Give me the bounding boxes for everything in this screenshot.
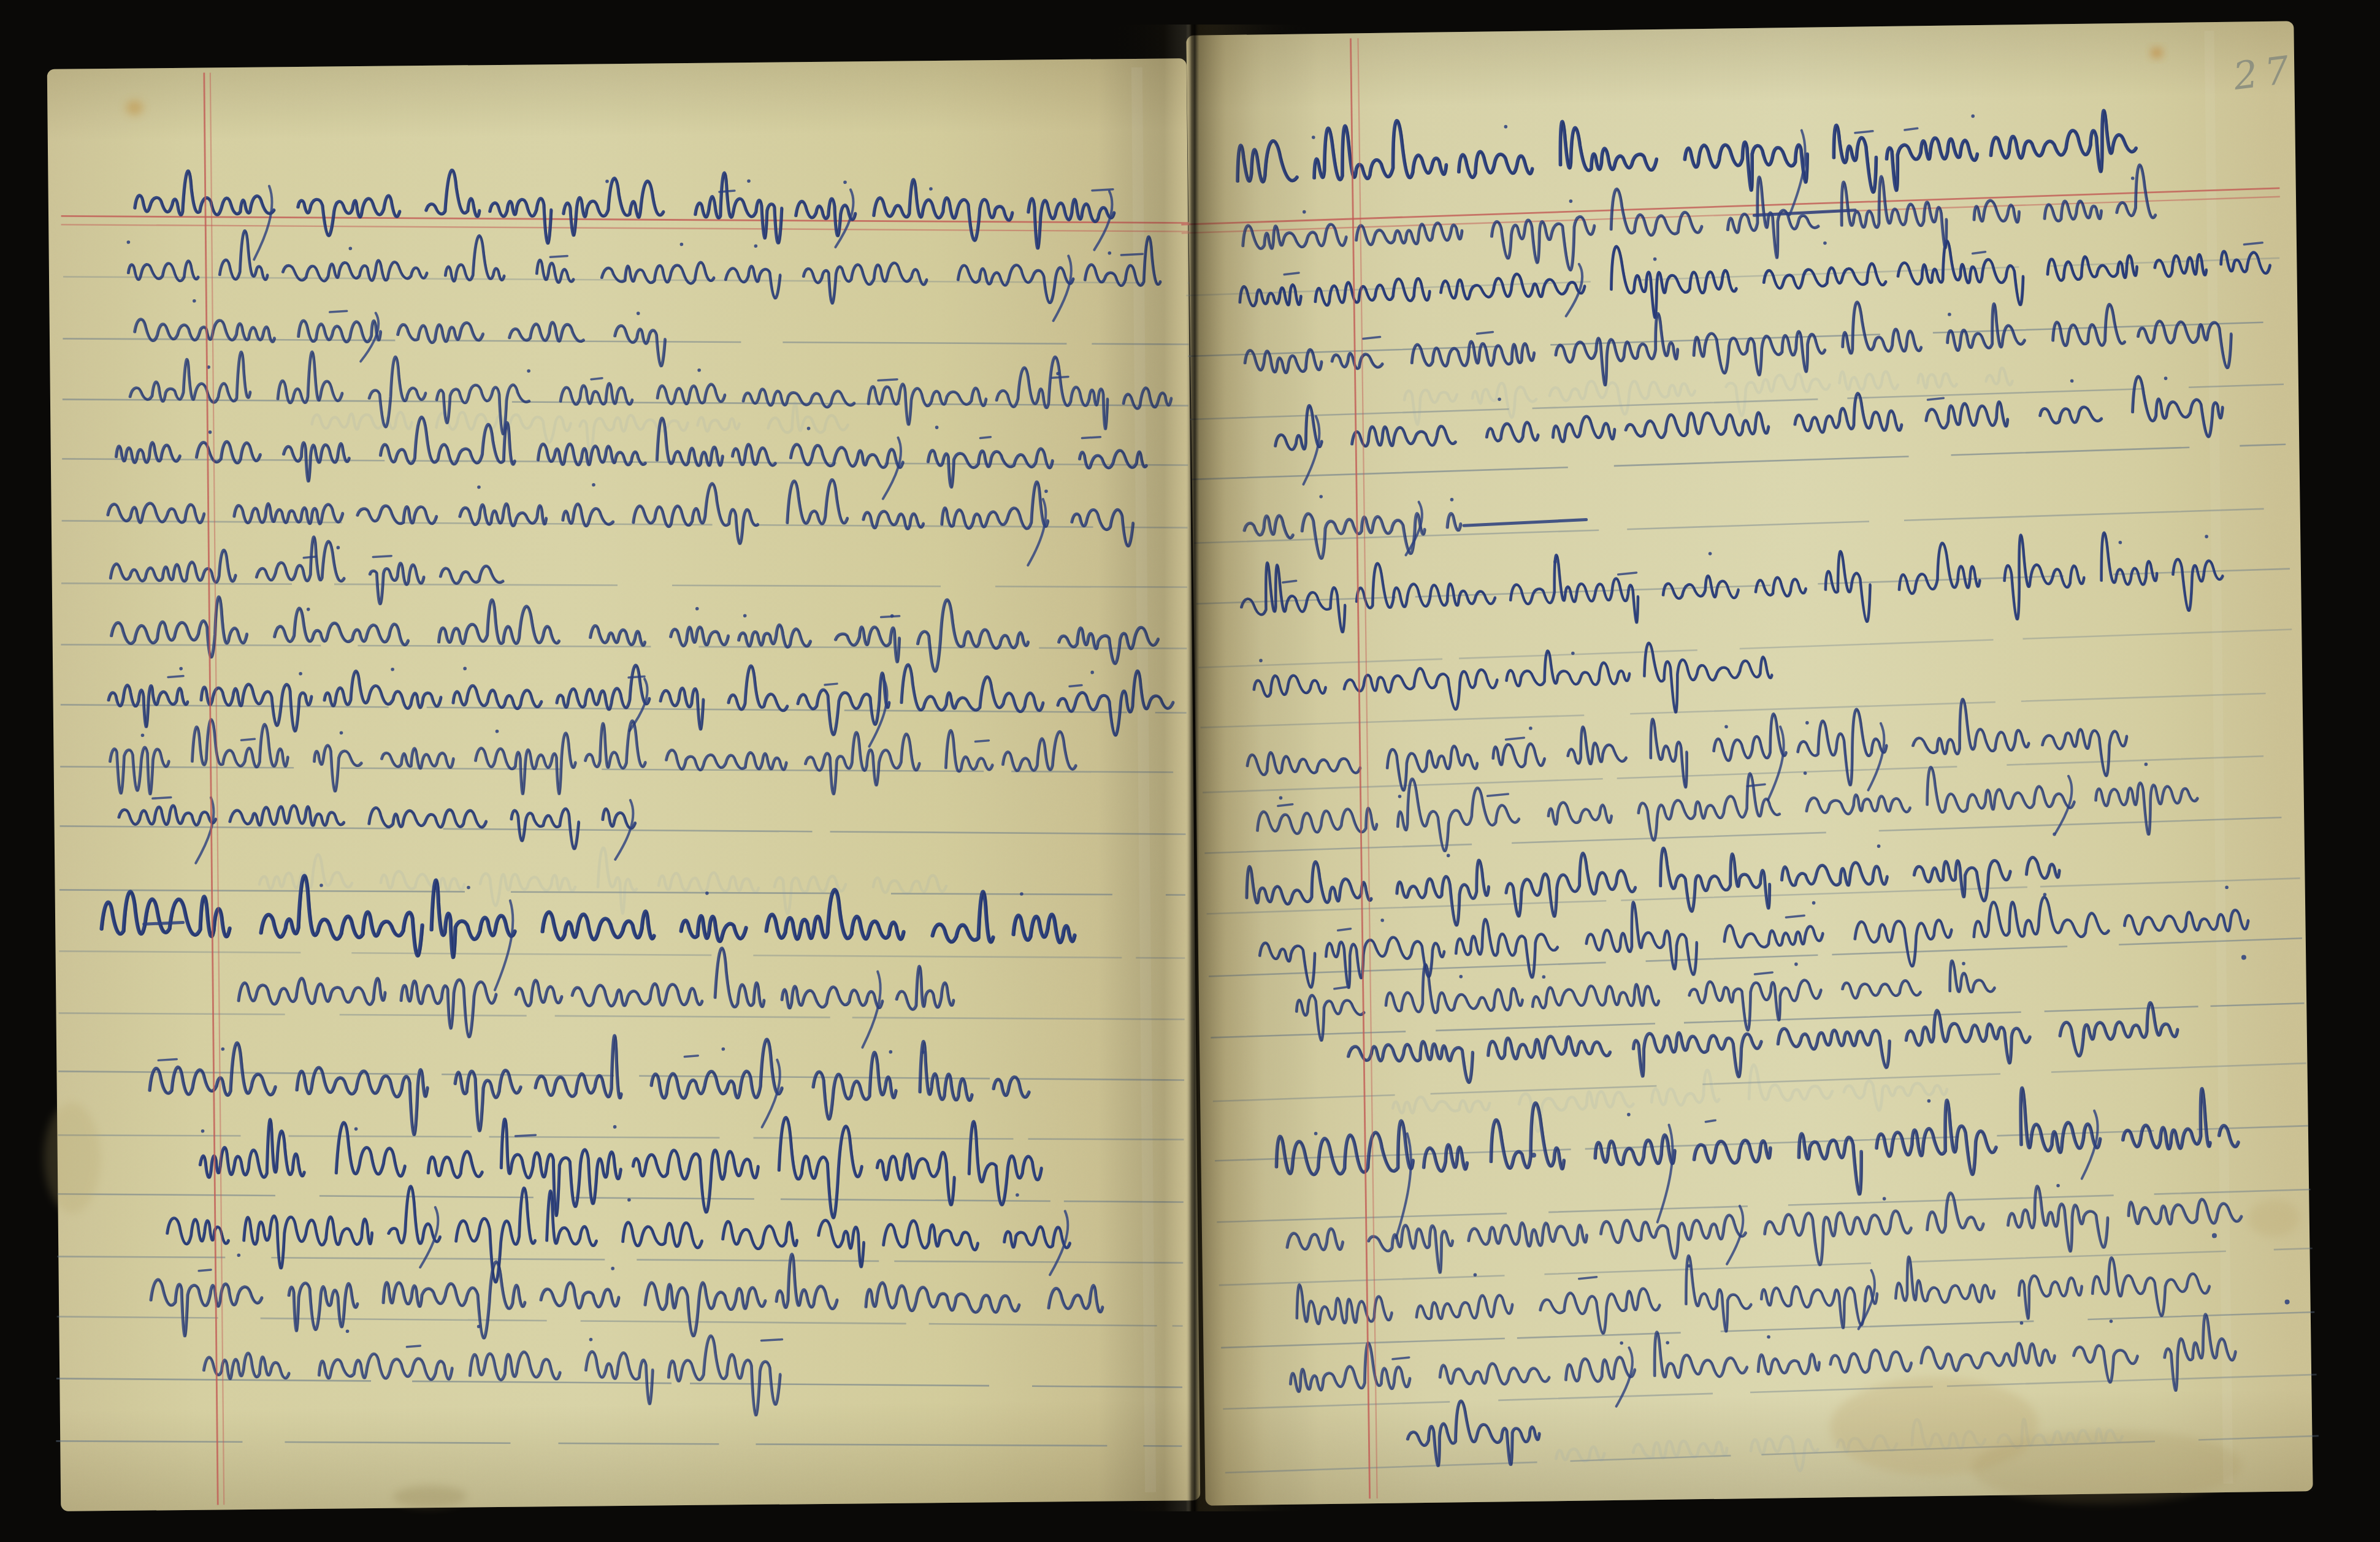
gutter-shadow	[1098, 25, 1318, 1511]
right-page	[1177, 21, 2322, 1516]
left-page	[34, 58, 1205, 1511]
notebook-scan: 27	[0, 0, 2380, 1542]
page-number: 27	[2231, 47, 2299, 99]
scan-render-layer	[0, 0, 2380, 1542]
